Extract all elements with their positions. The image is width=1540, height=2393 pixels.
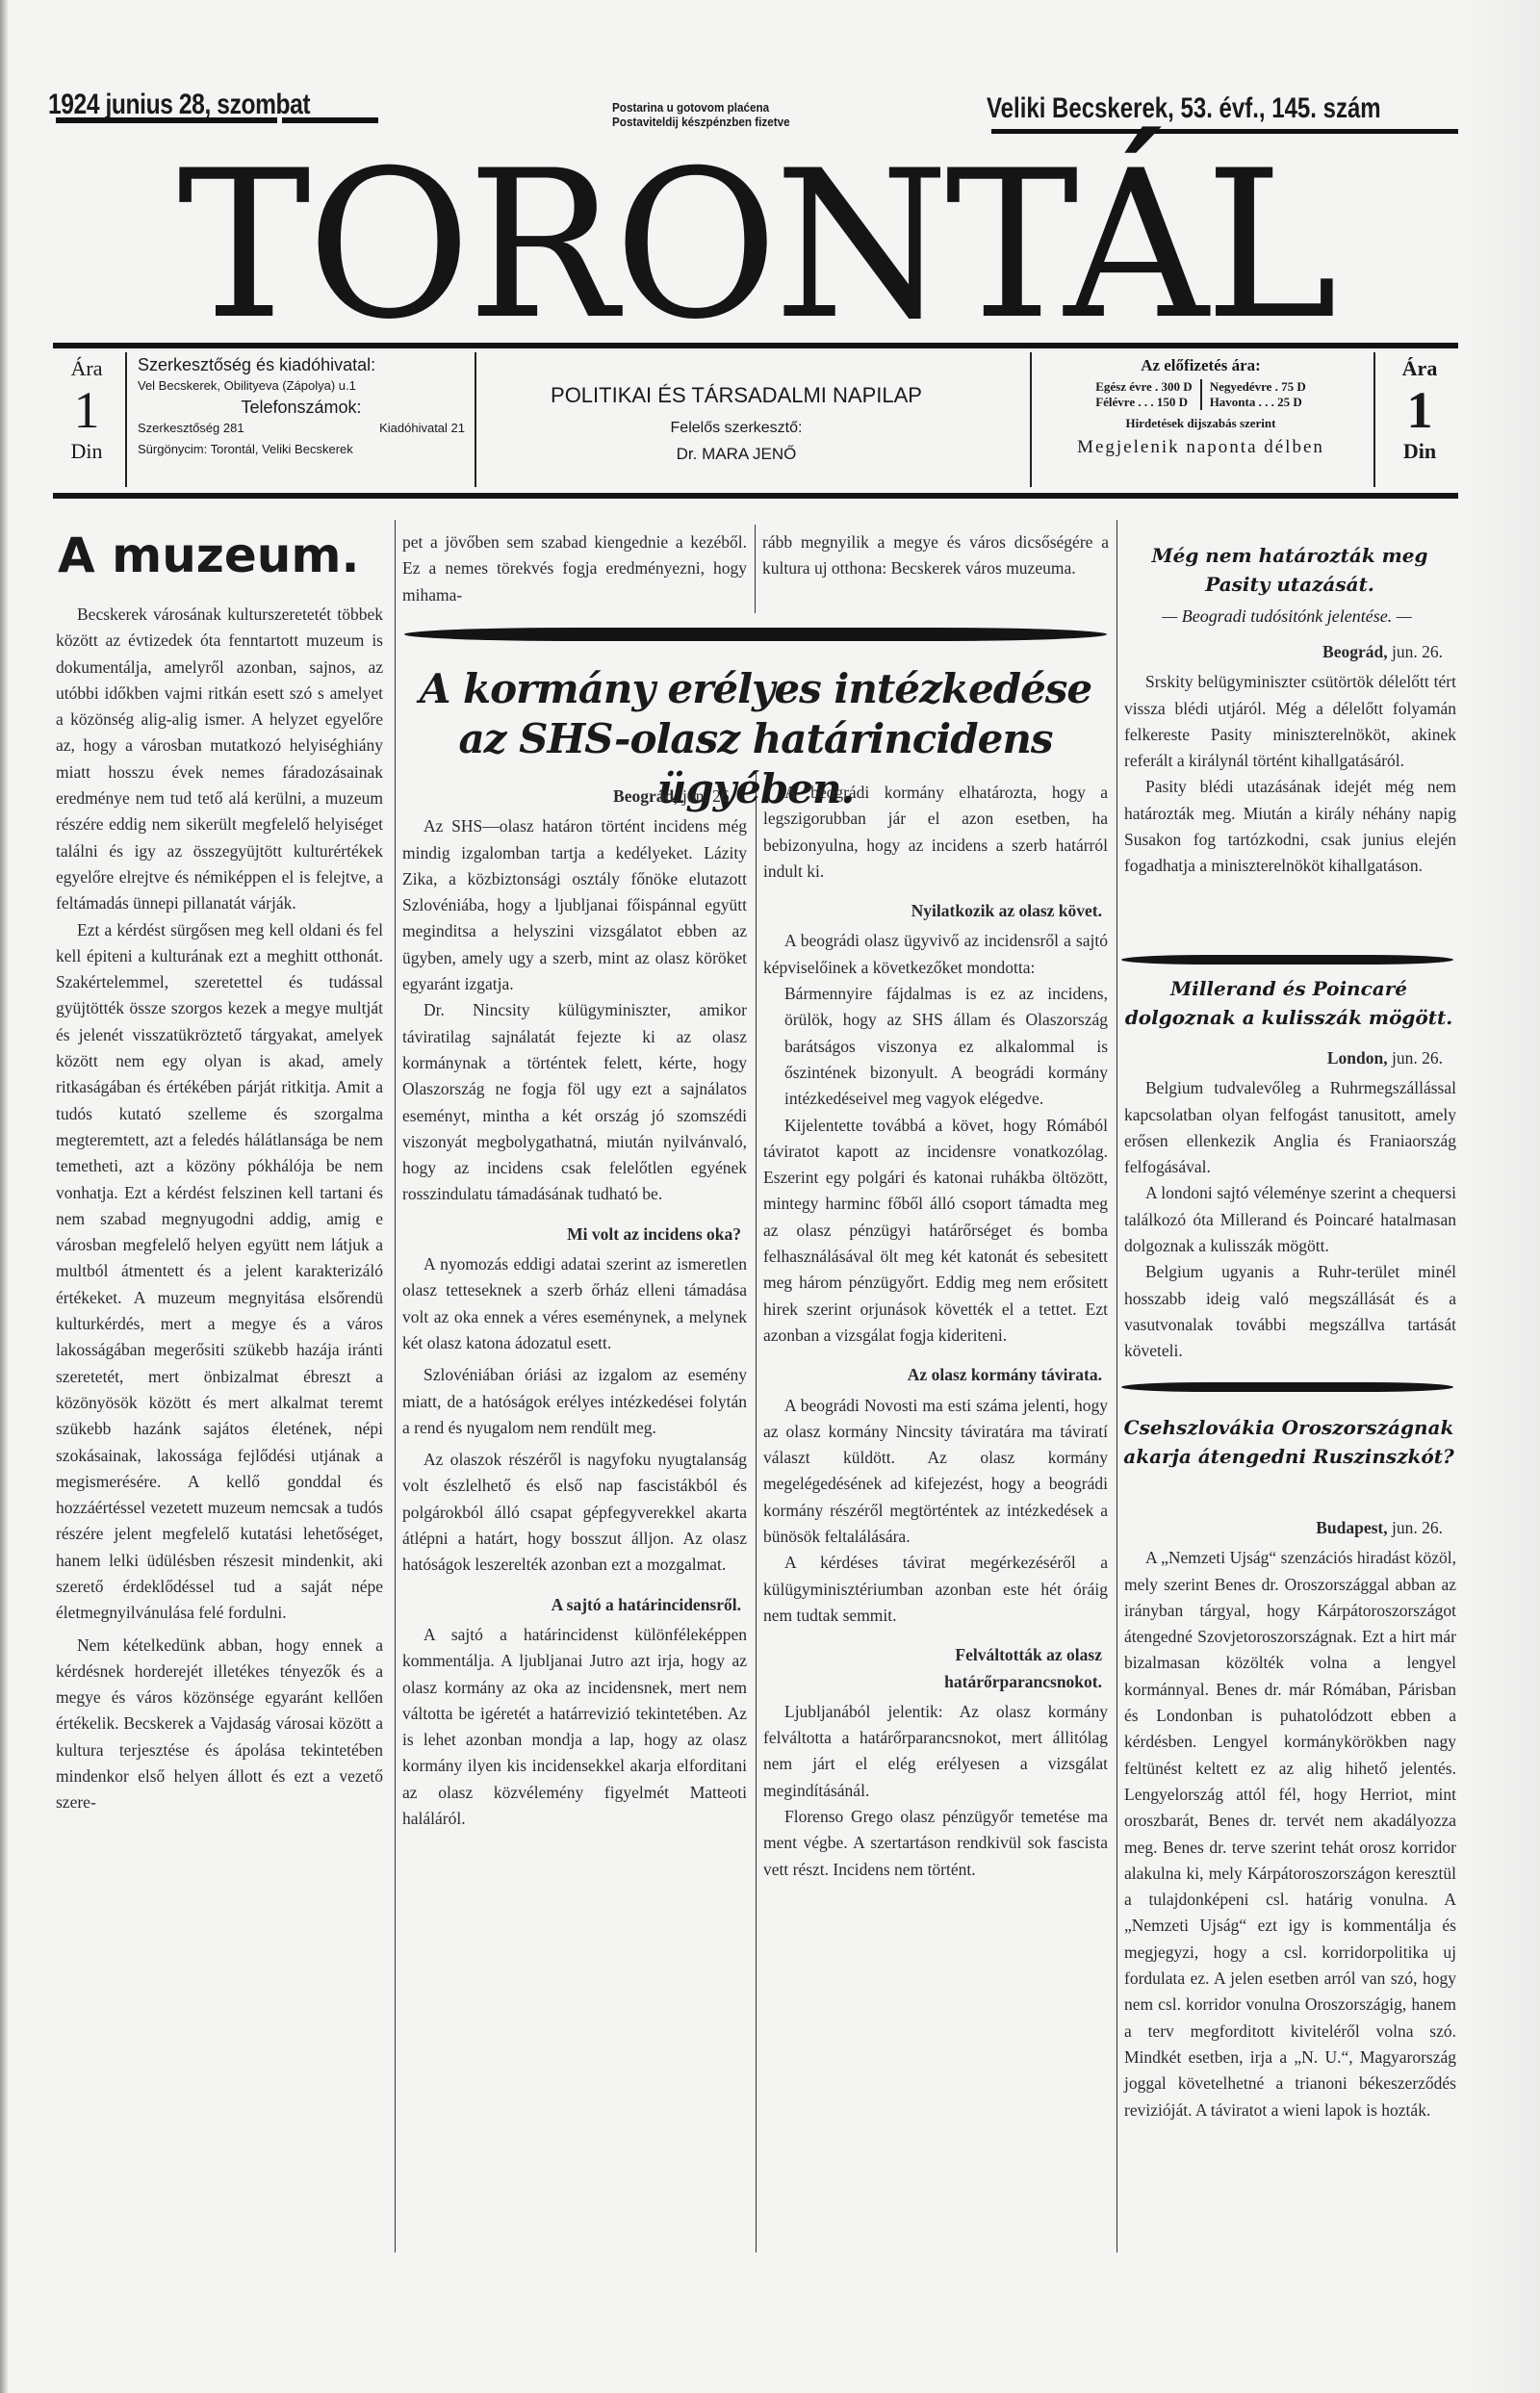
paragraph: Florenso Grego olasz pénzügyőr temetése … xyxy=(763,1804,1108,1883)
paragraph: Kijelentette továbbá a követ, hogy Rómáb… xyxy=(763,1113,1108,1350)
paragraph: Az olaszok részéről is nagyfoku nyugtala… xyxy=(402,1447,747,1578)
price-label: Ára xyxy=(53,356,120,381)
museum-continuation-col2: pet a jövőben sem szabad kiengednie a ke… xyxy=(402,529,747,608)
phones-row: Szerkesztőség 281 Kiadóhivatal 21 xyxy=(138,418,465,439)
column-rule xyxy=(756,770,757,2252)
issue-date: 1924 junius 28, szombat xyxy=(48,89,310,121)
paragraph: A beográdi Novosti ma esti száma jelenti… xyxy=(763,1393,1108,1551)
subheading: Felváltották az olasz határőrparancsnoko… xyxy=(763,1642,1102,1695)
price-right: Ára 1 Din xyxy=(1381,356,1458,501)
rate-row: Egész évre . 300 D xyxy=(1095,379,1193,395)
subheading: Nyilatkozik az olasz követ. xyxy=(763,898,1102,924)
paragraph: Belgium ugyanis a Ruhr-terület minél hos… xyxy=(1124,1259,1456,1364)
paragraph: Nem kételkedünk abban, hogy ennek a kérd… xyxy=(56,1633,383,1816)
paragraph: A „Nemzeti Ujság“ szenzációs hiradást kö… xyxy=(1124,1545,1456,2123)
phone-office: Kiadóhivatal 21 xyxy=(379,418,465,439)
quote: Bármennyire fájdalmas is ez az incidens,… xyxy=(763,981,1108,1112)
divider xyxy=(1030,352,1032,487)
phones-heading: Telefonszámok: xyxy=(138,397,465,418)
main-article-col2: Beográd, jun. 26. Az SHS—olasz határon t… xyxy=(402,776,747,1832)
subscription-rates: Egész évre . 300 D Félévre . . . 150 D N… xyxy=(1035,379,1367,410)
paragraph: A nyomozás eddigi adatai szerint az isme… xyxy=(402,1251,747,1356)
paragraph: Dr. Nincsity külügyminiszter, amikor táv… xyxy=(402,997,747,1207)
subhead-pasity: — Beogradi tudósitónk jelentése. — xyxy=(1118,606,1455,627)
page-edge-shadow xyxy=(0,0,8,2393)
paragraph: Pasity blédi utazásának idejét még nem h… xyxy=(1124,774,1456,879)
column-rule xyxy=(755,525,756,613)
newspaper-title: TORONTÁL xyxy=(67,144,1445,347)
article-museum-body: Becskerek városának kulturszeretetét töb… xyxy=(56,602,383,1816)
subheading: Mi volt az incidens oka? xyxy=(402,1222,741,1248)
rates-right: Negyedévre . 75 D Havonta . . . 25 D xyxy=(1202,379,1306,410)
paragraph: A sajtó a határincidenst különféleképpen… xyxy=(402,1622,747,1832)
paragraph: Ezt a kérdést sürgősen meg kell oldani é… xyxy=(56,917,383,1627)
divider xyxy=(1373,352,1375,487)
main-article-col3: A beográdi kormány elhatározta, hogy a l… xyxy=(763,780,1108,1883)
newspaper-page: 1924 junius 28, szombat Postarina u goto… xyxy=(0,0,1540,2393)
paragraph: A londoni sajtó véleménye szerint a cheq… xyxy=(1124,1180,1456,1259)
paragraph: Szlovéniában óriási az izgalom az esemén… xyxy=(402,1362,747,1441)
masthead-info-bar: Ára 1 Din Szerkesztőség és kiadóhivatal:… xyxy=(53,343,1458,499)
date-underline xyxy=(282,117,378,123)
ads-note: Hirdetések dijszabás szerint xyxy=(1035,416,1367,431)
rate-row: Negyedévre . 75 D xyxy=(1210,379,1306,395)
editorial-office-info: Szerkesztőség és kiadóhivatal: Vel Becsk… xyxy=(138,354,465,499)
ornamental-divider xyxy=(1121,955,1453,965)
paragraph: A beográdi olasz ügyvivő az incidensről … xyxy=(763,928,1108,981)
paper-tagline-block: POLITIKAI ÉS TÁRSADALMI NAPILAP Felelős … xyxy=(476,383,996,527)
article-title-museum: A muzeum. xyxy=(58,527,360,583)
subscription-info: Az előfizetés ára: Egész évre . 300 D Fé… xyxy=(1035,356,1367,501)
editorial-heading: Szerkesztőség és kiadóhivatal: xyxy=(138,354,465,375)
price-unit: Din xyxy=(1381,439,1458,464)
price-unit: Din xyxy=(53,439,120,464)
article-pasity-body: Beográd, jun. 26. Srskity belügyminiszte… xyxy=(1124,631,1456,880)
rate-row: Félévre . . . 150 D xyxy=(1095,395,1193,410)
price-left: Ára 1 Din xyxy=(53,356,120,501)
paragraph: Becskerek városának kulturszeretetét töb… xyxy=(56,602,383,917)
publication-schedule: Megjelenik naponta délben xyxy=(1035,437,1367,458)
postal-line-1: Postarina u gotovom plaćena xyxy=(612,100,790,115)
rates-left: Egész évre . 300 D Félévre . . . 150 D xyxy=(1095,379,1202,410)
article-dateline: London, jun. 26. xyxy=(1124,1045,1443,1071)
paragraph: Belgium tudvalevőleg a Ruhrmegszállással… xyxy=(1124,1075,1456,1180)
column-rule xyxy=(395,520,396,2252)
paragraph: Srskity belügyminiszter csütörtök délelő… xyxy=(1124,669,1456,774)
paragraph: Ljubljanából jelentik: Az olasz kormány … xyxy=(763,1699,1108,1804)
article-cseh-body: Budapest, jun. 26. A „Nemzeti Ujság“ sze… xyxy=(1124,1507,1456,2123)
headline-pasity: Még nem határozták meg Pasity utazását. xyxy=(1126,541,1453,599)
paragraph: A beográdi kormány elhatározta, hogy a l… xyxy=(763,780,1108,885)
ornamental-divider xyxy=(404,628,1107,641)
article-millerand-body: London, jun. 26. Belgium tudvalevőleg a … xyxy=(1124,1038,1456,1365)
price-value: 1 xyxy=(1381,381,1458,439)
subscription-heading: Az előfizetés ára: xyxy=(1035,356,1367,375)
headline-cseh: Csehszlovákia Oroszországnak akarja áten… xyxy=(1121,1413,1456,1471)
subheading: Az olasz kormány távirata. xyxy=(763,1362,1102,1388)
date-underline xyxy=(56,117,277,123)
museum-continuation-col3: rább megnyilik a megye és város dicsőség… xyxy=(762,529,1109,582)
article-dateline: Beográd, jun. 26. xyxy=(1124,639,1443,665)
editor-name: Dr. MARA JENŐ xyxy=(476,445,996,464)
editor-label: Felelős szerkesztő: xyxy=(476,420,996,437)
divider xyxy=(125,352,127,487)
rate-row: Havonta . . . 25 D xyxy=(1210,395,1306,410)
article-dateline: Beográd, jun. 26. xyxy=(402,784,733,810)
paragraph: A kérdéses távirat megérkezéséről a külü… xyxy=(763,1550,1108,1629)
price-label: Ára xyxy=(1381,356,1458,381)
paragraph: Az SHS—olasz határon történt incidens mé… xyxy=(402,813,747,997)
postal-notice: Postarina u gotovom plaćena Postaviteldi… xyxy=(612,100,790,129)
phone-editorial: Szerkesztőség 281 xyxy=(138,418,244,439)
ornamental-divider xyxy=(1121,1382,1453,1392)
price-value: 1 xyxy=(53,381,120,439)
telegram-address: Sürgönycim: Torontál, Veliki Becskerek xyxy=(138,439,465,460)
article-dateline: Budapest, jun. 26. xyxy=(1124,1515,1443,1541)
page-margin xyxy=(1463,0,1540,2393)
issue-number: Veliki Becskerek, 53. évf., 145. szám xyxy=(987,92,1381,125)
headline-millerand: Millerand és Poincaré dolgoznak a kuliss… xyxy=(1121,974,1456,1032)
subheading: A sajtó a határincidensről. xyxy=(402,1592,741,1618)
paper-tagline: POLITIKAI ÉS TÁRSADALMI NAPILAP xyxy=(476,383,996,408)
column-rule xyxy=(1116,520,1117,2252)
editorial-address: Vel Becskerek, Obilityeva (Zápolya) u.1 xyxy=(138,375,465,397)
